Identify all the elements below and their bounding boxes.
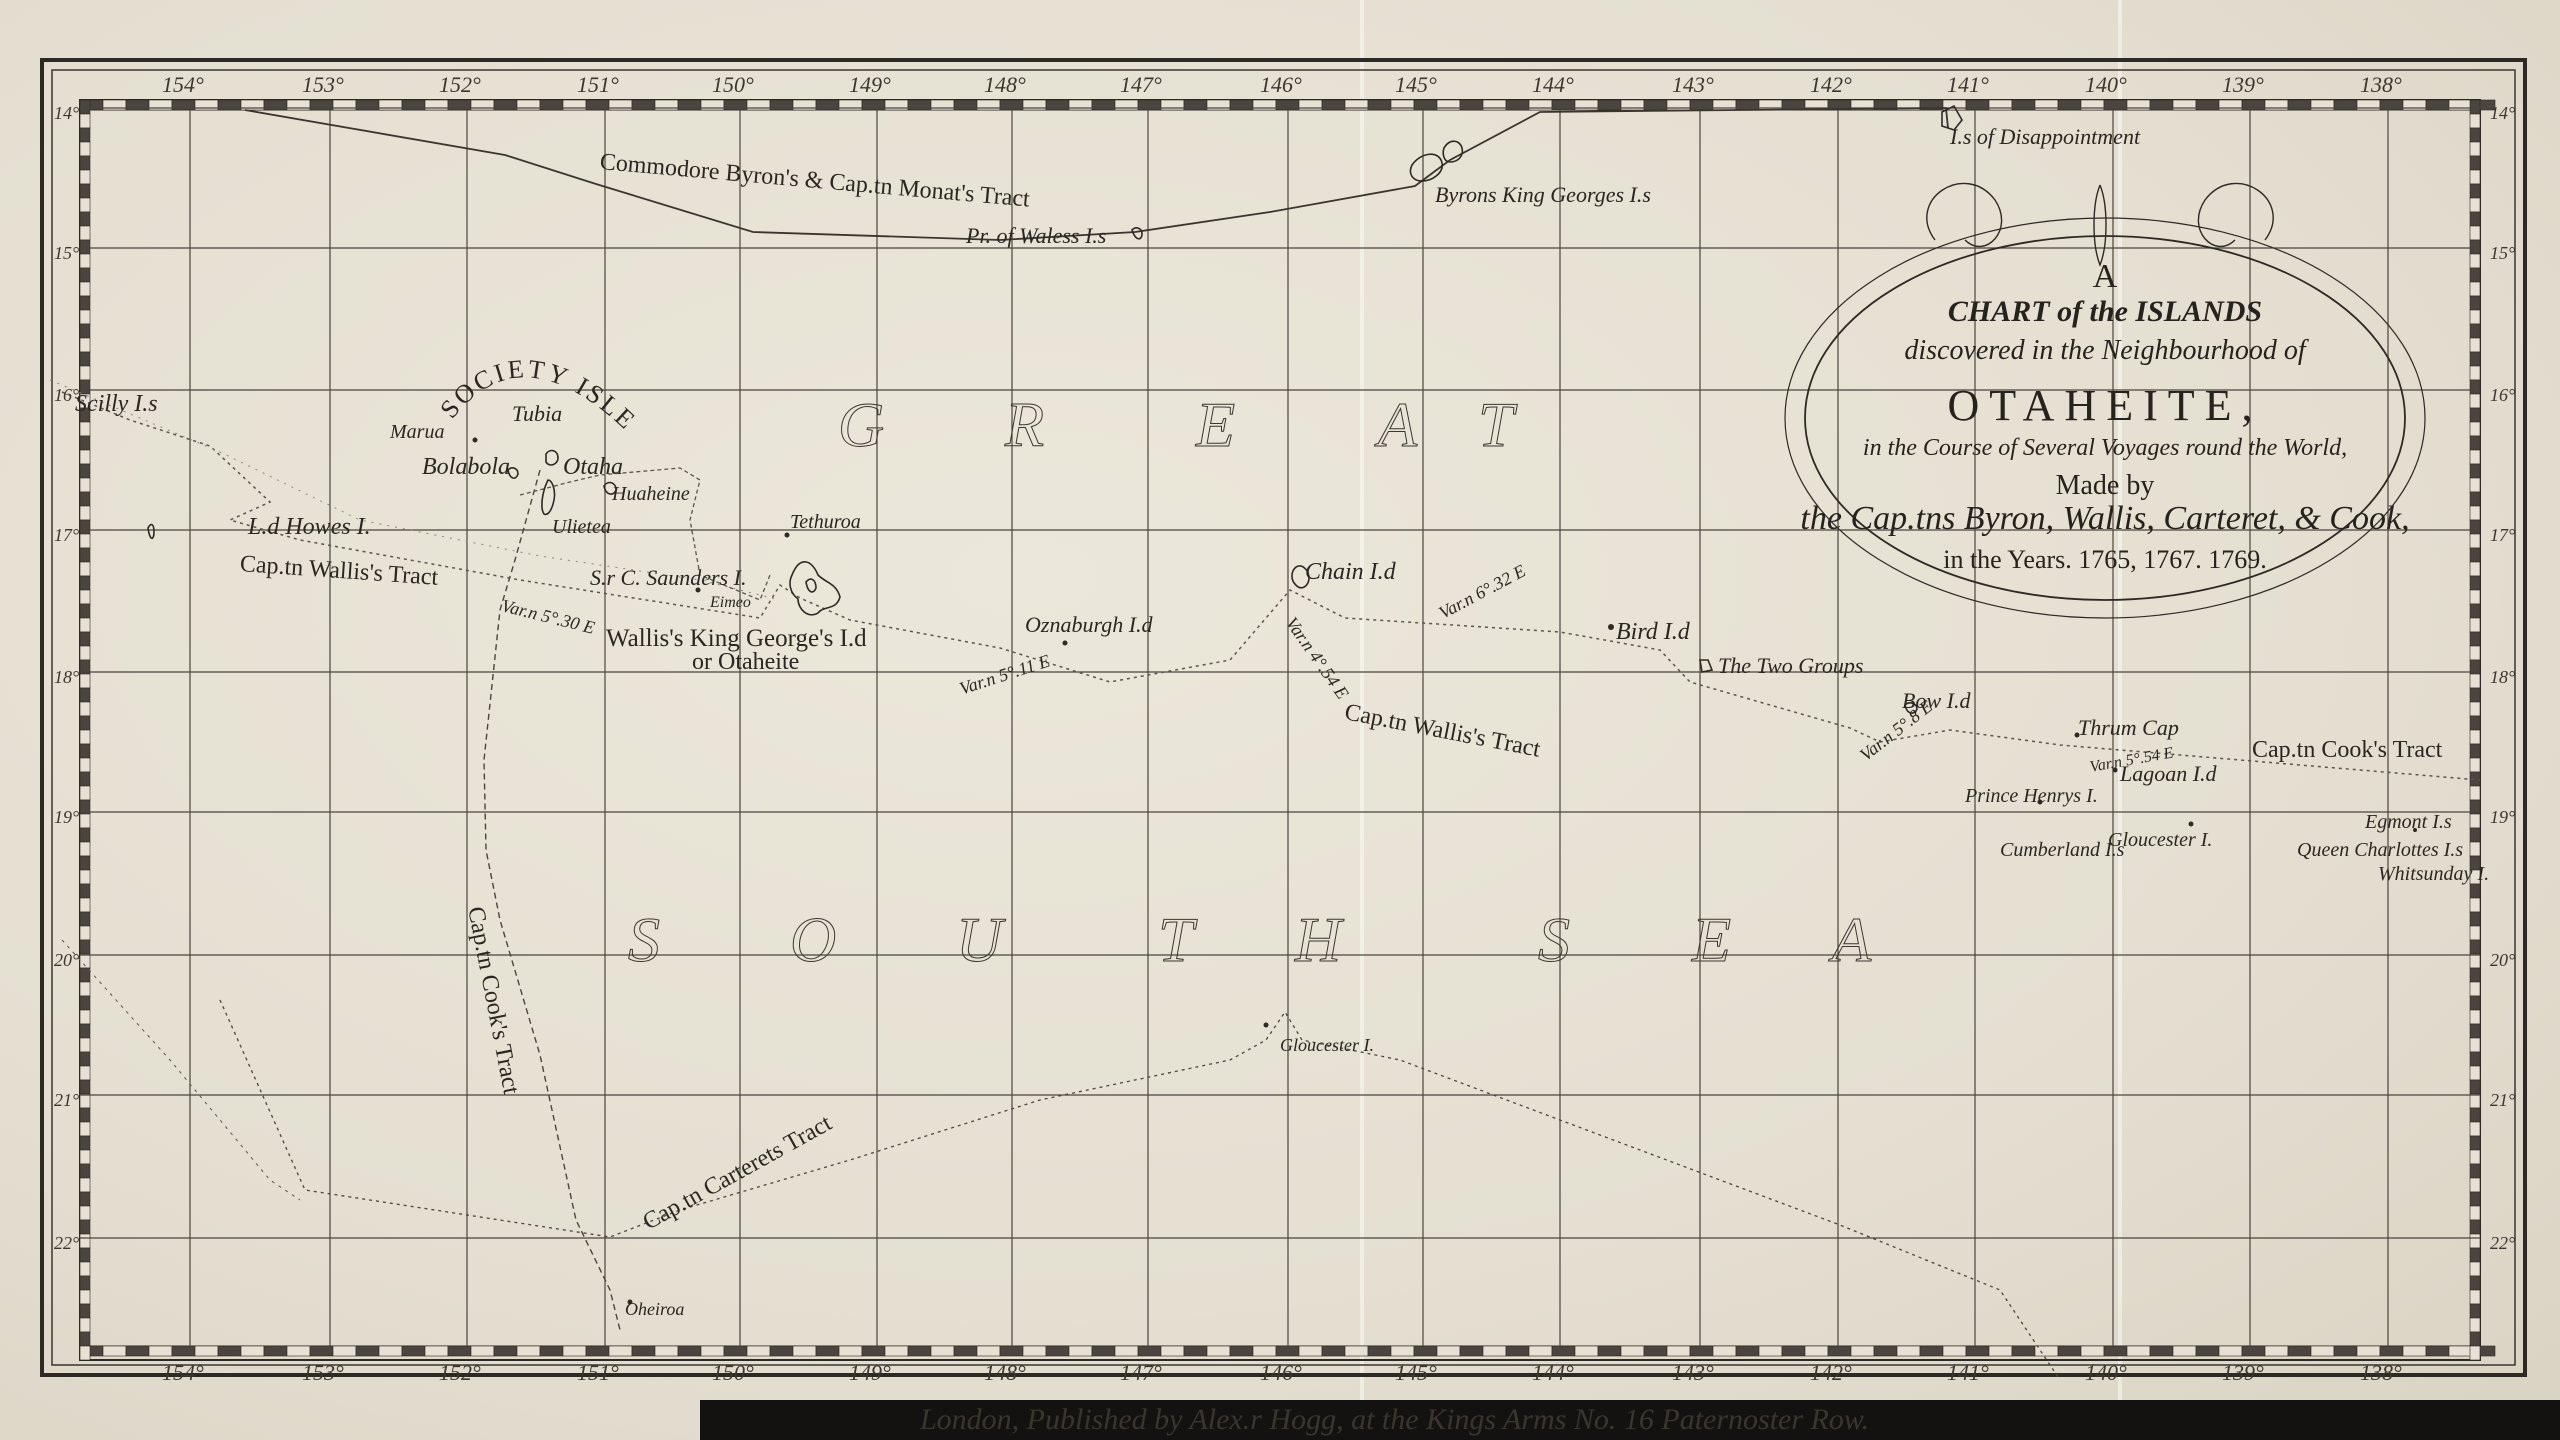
longitude-label-bottom: 142°	[1810, 1362, 1852, 1384]
island-label: Tethuroa	[790, 512, 861, 532]
longitude-label-top: 148°	[984, 74, 1026, 96]
ocean-letter: S	[1538, 908, 1570, 972]
cartouche-made-by: Made by	[1790, 470, 2420, 502]
island-label: Marua	[390, 422, 444, 442]
island-label: Scilly I.s	[75, 392, 158, 416]
island-label: Chain I.d	[1305, 560, 1396, 584]
longitude-label-top: 151°	[577, 74, 619, 96]
cartouche-chart-title: CHART of the ISLANDS	[1790, 295, 2420, 329]
longitude-label-top: 143°	[1672, 74, 1714, 96]
island-label: Byrons King Georges I.s	[1435, 184, 1651, 206]
ocean-letter: O	[790, 908, 836, 972]
longitude-label-bottom: 145°	[1395, 1362, 1437, 1384]
island-label: Oznaburgh I.d	[1025, 614, 1153, 636]
island-label: Tubia	[512, 403, 562, 425]
island-label: Ulietea	[552, 517, 611, 537]
latitude-label-left: 19°	[54, 808, 79, 826]
ocean-letter: T	[1158, 908, 1194, 972]
latitude-label-right: 21°	[2490, 1091, 2515, 1109]
longitude-scale-bottom	[80, 1346, 2495, 1356]
island-label: Bolabola	[422, 455, 510, 479]
cartouche-captains: the Cap.tns Byron, Wallis, Carteret, & C…	[1790, 500, 2420, 538]
longitude-label-bottom: 148°	[984, 1362, 1026, 1384]
cartouche-years: in the Years. 1765, 1767. 1769.	[1790, 545, 2420, 575]
ocean-letter: R	[1005, 393, 1044, 457]
longitude-label-bottom: 143°	[1672, 1362, 1714, 1384]
ocean-letter: A	[1832, 908, 1871, 972]
island-label: Huaheine	[612, 484, 690, 504]
ocean-letter: T	[1478, 393, 1514, 457]
publisher-imprint: London, Published by Alex.r Hogg, at the…	[920, 1403, 1869, 1437]
latitude-label-left: 17°	[54, 526, 79, 544]
latitude-label-right: 16°	[2490, 386, 2515, 404]
latitude-scale-right	[2470, 100, 2480, 1360]
longitude-label-top: 138°	[2360, 74, 2402, 96]
longitude-label-bottom: 146°	[1260, 1362, 1302, 1384]
latitude-label-right: 18°	[2490, 668, 2515, 686]
island-label: Otaha	[563, 455, 623, 479]
longitude-label-bottom: 151°	[577, 1362, 619, 1384]
longitude-label-bottom: 154°	[162, 1362, 204, 1384]
ocean-letter: G	[838, 393, 884, 457]
island-label: Pr. of Waless I.s	[966, 225, 1106, 247]
island-label: Thrum Cap	[2078, 717, 2179, 739]
latitude-label-right: 22°	[2490, 1234, 2515, 1252]
ocean-letter: E	[1196, 393, 1235, 457]
latitude-label-right: 15°	[2490, 244, 2515, 262]
longitude-label-top: 139°	[2222, 74, 2264, 96]
longitude-label-bottom: 140°	[2085, 1362, 2127, 1384]
latitude-label-left: 18°	[54, 668, 79, 686]
island-label: The Two Groups	[1718, 655, 1863, 677]
longitude-label-top: 149°	[849, 74, 891, 96]
longitude-label-top: 146°	[1260, 74, 1302, 96]
latitude-label-left: 15°	[54, 244, 79, 262]
longitude-label-top: 142°	[1810, 74, 1852, 96]
longitude-label-bottom: 138°	[2360, 1362, 2402, 1384]
label-king-georges-island: Wallis's King George's I.d	[606, 626, 867, 651]
latitude-label-left: 22°	[54, 1234, 79, 1252]
cartouche-line-a: A	[1790, 258, 2420, 296]
island-label: I.s of Disappointment	[1950, 126, 2140, 148]
ocean-letter: H	[1295, 908, 1341, 972]
latitude-label-left: 14°	[54, 104, 79, 122]
longitude-label-top: 147°	[1120, 74, 1162, 96]
island-label: S.r C. Saunders I.	[590, 567, 746, 589]
latitude-label-right: 17°	[2490, 526, 2515, 544]
longitude-label-top: 140°	[2085, 74, 2127, 96]
island-label: Whitsunday I.	[2378, 864, 2489, 884]
longitude-label-bottom: 144°	[1532, 1362, 1574, 1384]
longitude-label-top: 153°	[302, 74, 344, 96]
cartouche-discovered: discovered in the Neighbourhood of	[1790, 335, 2420, 367]
longitude-label-bottom: 150°	[712, 1362, 754, 1384]
longitude-label-bottom: 152°	[439, 1362, 481, 1384]
title-cartouche: A CHART of the ISLANDS discovered in the…	[1790, 200, 2420, 630]
latitude-label-left: 21°	[54, 1091, 79, 1109]
island-label: Oheiroa	[625, 1300, 684, 1318]
longitude-label-bottom: 139°	[2222, 1362, 2264, 1384]
longitude-label-top: 152°	[439, 74, 481, 96]
island-label: Gloucester I.	[2108, 830, 2212, 850]
latitude-label-left: 20°	[54, 951, 79, 969]
latitude-scale-left	[80, 100, 90, 1360]
longitude-label-top: 145°	[1395, 74, 1437, 96]
longitude-label-bottom: 149°	[849, 1362, 891, 1384]
longitude-label-bottom: 147°	[1120, 1362, 1162, 1384]
island-label: Cumberland I.s	[2000, 840, 2124, 860]
island-label: Bird I.d	[1616, 620, 1690, 644]
latitude-label-right: 20°	[2490, 951, 2515, 969]
island-label: Queen Charlottes I.s	[2297, 840, 2463, 860]
ocean-letter: A	[1378, 393, 1417, 457]
island-label: Gloucester I.	[1280, 1036, 1374, 1054]
track-label: Cap.tn Cook's Tract	[2252, 738, 2442, 762]
ocean-letter: U	[956, 908, 1002, 972]
ocean-letter: E	[1692, 908, 1731, 972]
byron-track	[245, 108, 1948, 240]
latitude-label-right: 14°	[2490, 104, 2515, 122]
island-label: L.d Howes I.	[248, 515, 371, 539]
latitude-label-right: 19°	[2490, 808, 2515, 826]
longitude-label-top: 154°	[162, 74, 204, 96]
island-label: Egmont I.s	[2365, 812, 2452, 832]
island-label: Eimeo	[710, 595, 751, 611]
ocean-letter: S	[628, 908, 660, 972]
longitude-label-bottom: 141°	[1947, 1362, 1989, 1384]
longitude-label-bottom: 153°	[302, 1362, 344, 1384]
label-otaheite: or Otaheite	[692, 650, 799, 674]
cartouche-course: in the Course of Several Voyages round t…	[1790, 435, 2420, 462]
cartouche-otaheite: OTAHEITE,	[1790, 380, 2420, 431]
longitude-label-top: 141°	[1947, 74, 1989, 96]
longitude-label-top: 150°	[712, 74, 754, 96]
longitude-label-top: 144°	[1532, 74, 1574, 96]
island-label: Prince Henrys I.	[1965, 786, 2098, 806]
